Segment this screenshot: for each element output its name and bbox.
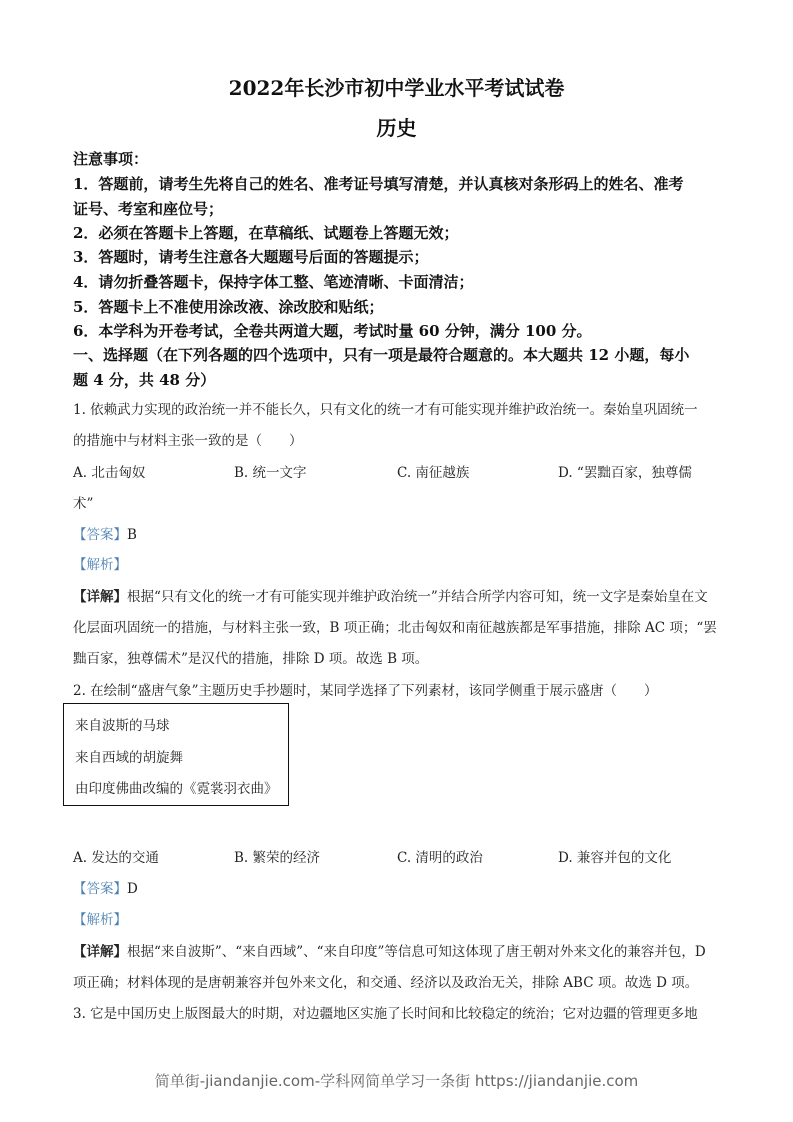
detail-line: 【详解】根据“只有文化的统一才有可能实现并维护政治统一”并结合所学内容可知，统一… [73, 585, 708, 605]
footer-watermark: 简单街-jiandanjie.com-学科网简单学习一条街 https://ji… [0, 1070, 793, 1091]
question-stem: 的措施中与材料主张一致的是（ ） [73, 429, 303, 449]
answer-line: 【答案】B [73, 523, 137, 543]
detail-line: 【详解】根据“来自波斯”、“来自西域”、“来自印度”等信息可知这体现了唐王朝对外… [73, 940, 706, 960]
answer-value: D [127, 881, 138, 897]
detail-text: 项正确；材料体现的是唐朝兼容并包外来文化，和交通、经济以及政治无关，排除 ABC… [73, 971, 698, 991]
option-c: C. 清明的政治 [397, 846, 483, 866]
answer-line: 【答案】D [73, 877, 138, 897]
analysis-label: 【解析】 [73, 553, 127, 573]
answer-label: 【答案】 [73, 527, 127, 543]
notice-item: 证号、考室和座位号； [73, 198, 223, 219]
material-item: 来自西域的胡旋舞 [75, 746, 183, 766]
section-heading-cont: 题 4 分，共 48 分） [73, 369, 215, 390]
detail-text: 根据“来自波斯”、“来自西域”、“来自印度”等信息可知这体现了唐王朝对外来文化的… [127, 944, 706, 960]
option-b: B. 统一文字 [234, 461, 307, 481]
option-c: C. 南征越族 [397, 461, 469, 481]
option-d: D. “罢黜百家，独尊儒 [558, 461, 692, 481]
question-stem: 1. 依赖武力实现的政治统一并不能长久，只有文化的统一才有可能实现并维护政治统一… [73, 398, 698, 418]
detail-label: 【详解】 [73, 944, 127, 960]
answer-label: 【答案】 [73, 881, 127, 897]
notice-item: 2．必须在答题卡上答题，在草稿纸、试题卷上答题无效； [73, 222, 458, 243]
question-stem: 3. 它是中国历史上版图最大的时期，对边疆地区实施了长时间和比较稳定的统治；它对… [73, 1002, 698, 1022]
section-heading: 一、选择题（在下列各题的四个选项中，只有一项是最符合题意的。本大题共 12 小题… [73, 344, 689, 365]
detail-text: 化层面巩固统一的措施，与材料主张一致，B 项正确；北击匈奴和南征越族都是军事措施… [73, 616, 717, 636]
material-item: 来自波斯的马球 [75, 714, 170, 734]
material-item: 由印度佛曲改编的《霓裳羽衣曲》 [75, 777, 278, 797]
notice-item: 5．答题卡上不准使用涂改液、涂改胶和贴纸； [73, 296, 383, 317]
option-a: A. 北击匈奴 [73, 461, 145, 481]
notice-item: 4．请勿折叠答题卡，保持字体工整、笔迹清晰、卡面清洁； [73, 271, 473, 292]
detail-text: 黜百家，独尊儒术”是汉代的措施，排除 D 项。故选 B 项。 [73, 647, 428, 667]
answer-value: B [127, 527, 137, 543]
notice-item: 3．答题时，请考生注意各大题题号后面的答题提示； [73, 246, 428, 267]
analysis-label: 【解析】 [73, 908, 127, 928]
detail-text: 根据“只有文化的统一才有可能实现并维护政治统一”并结合所学内容可知，统一文字是秦… [127, 589, 708, 605]
option-b: B. 繁荣的经济 [234, 846, 320, 866]
exam-title: 2022年长沙市初中学业水平考试试卷 [0, 72, 793, 101]
subject-title: 历史 [0, 112, 793, 141]
notice-heading: 注意事项： [73, 148, 148, 169]
option-a: A. 发达的交通 [73, 846, 159, 866]
option-d-overflow: 术” [73, 492, 93, 512]
option-d: D. 兼容并包的文化 [558, 846, 671, 866]
detail-label: 【详解】 [73, 589, 127, 605]
question-stem: 2. 在绘制“盛唐气象”主题历史手抄题时，某同学选择了下列素材，该同学侧重于展示… [73, 679, 657, 699]
notice-item: 6．本学科为开卷考试，全卷共两道大题，考试时量 60 分钟，满分 100 分。 [73, 320, 592, 341]
notice-item: 1．答题前，请考生先将自己的姓名、准考证号填写清楚，并认真核对条形码上的姓名、准… [73, 173, 683, 194]
material-box: 来自波斯的马球 来自西域的胡旋舞 由印度佛曲改编的《霓裳羽衣曲》 [63, 703, 289, 806]
